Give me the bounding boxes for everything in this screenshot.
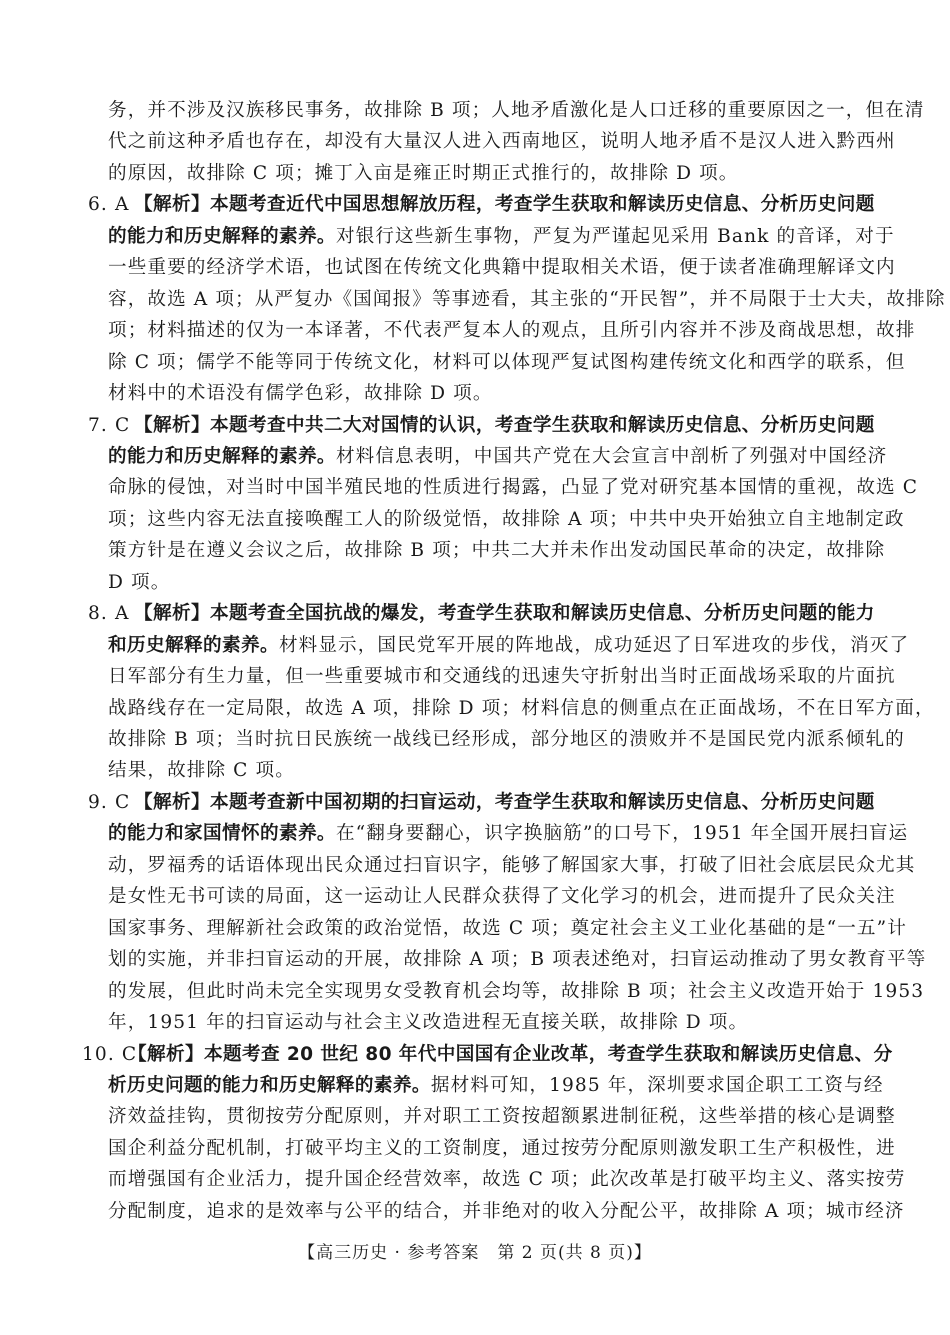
text-line: 项；材料描述的仅为一本译著，不代表严复本人的观点，且所引内容并不涉及商战思想，故… [108,316,915,346]
analysis-heading: 的能力和家国情怀的素养。 [108,823,336,844]
body-text: 容，故选 A 项；从严复办《国闻报》等事迹看，其主张的“开民智”，并不局限于士大… [108,289,950,310]
answer-number: 6. A [88,190,134,220]
text-line: 济效益挂钩，贯彻按劳分配原则，并对职工工资按超额累进制征税，这些举措的核心是调整 [108,1102,896,1132]
answer-number: 9. C [88,788,134,818]
body-text: 而增强国有企业活力，提升国企经营效率，故选 C 项；此次改革是打破平均主义、落实… [108,1169,905,1190]
body-text: 材料显示，国民党军开展的阵地战，成功延迟了日军进攻的步伐，消灭了 [279,635,909,656]
body-text: 年，1951 年的扫盲运动与社会主义改造进程无直接关联，故排除 D 项。 [108,1012,748,1033]
text-line: 策方针是在遵义会议之后，故排除 B 项；中共二大并未作出发动国民革命的决定，故排… [108,536,885,566]
text-line: 日军部分有生力量，但一些重要城市和交通线的迅速失守折射出当时正面战场采取的片面抗 [108,662,896,692]
text-line: 是女性无书可读的局面，这一运动让人民群众获得了文化学习的机会，进而提升了民众关注 [108,882,896,912]
answer-number: 8. A [88,599,134,629]
body-text: 动，罗福秀的话语体现出民众通过扫盲识字，能够了解国家大事，打破了旧社会底层民众尤… [108,855,915,876]
body-text: 材料中的术语没有儒学色彩，故排除 D 项。 [108,383,493,404]
answer-item-header: 6. A【解析】本题考查近代中国思想解放历程，考查学生获取和解读历史信息、分析历… [88,190,875,220]
analysis-heading: 【解析】本题考查全国抗战的爆发，考查学生获取和解读历史信息、分析历史问题的能力 [134,603,875,624]
analysis-heading: 析历史问题的能力和历史解释的素养。 [108,1075,431,1096]
text-line: 故排除 B 项；当时抗日民族统一战线已经形成，部分地区的溃败并不是国民党内派系倾… [108,725,905,755]
analysis-heading: 【解析】本题考查新中国初期的扫盲运动，考查学生获取和解读历史信息、分析历史问题 [134,792,875,813]
answer-number: 10. C [82,1040,128,1070]
text-line: 国企利益分配机制，打破平均主义的工资制度，通过按劳分配原则激发职工生产积极性，进 [108,1134,896,1164]
body-text: 项；材料描述的仅为一本译著，不代表严复本人的观点，且所引内容并不涉及商战思想，故… [108,320,915,341]
text-line: 战路线存在一定局限，故选 A 项，排除 D 项；材料信息的侧重点在正面战场，不在… [108,694,935,724]
analysis-heading: 的能力和历史解释的素养。 [108,446,336,467]
text-line: 的原因，故排除 C 项；摊丁入亩是雍正时期正式推行的，故排除 D 项。 [108,159,739,189]
text-line: 命脉的侵蚀，对当时中国半殖民地的性质进行揭露，凸显了党对研究基本国情的重视，故选… [108,473,918,503]
body-text: 国家事务、理解新社会政策的政治觉悟，故选 C 项；奠定社会主义工业化基础的是“一… [108,918,907,939]
body-text: D 项。 [108,572,170,593]
body-text: 命脉的侵蚀，对当时中国半殖民地的性质进行揭露，凸显了党对研究基本国情的重视，故选… [108,477,918,498]
text-line: 年，1951 年的扫盲运动与社会主义改造进程无直接关联，故排除 D 项。 [108,1008,748,1038]
answer-number: 7. C [88,411,134,441]
body-text: 战路线存在一定局限，故选 A 项，排除 D 项；材料信息的侧重点在正面战场，不在… [108,698,935,719]
body-text: 策方针是在遵义会议之后，故排除 B 项；中共二大并未作出发动国民革命的决定，故排… [108,540,885,561]
body-text: 项；这些内容无法直接唤醒工人的阶级觉悟，故排除 A 项；中共中央开始独立自主地制… [108,509,905,530]
text-line: 国家事务、理解新社会政策的政治觉悟，故选 C 项；奠定社会主义工业化基础的是“一… [108,914,907,944]
text-line: 的能力和历史解释的素养。材料信息表明，中国共产党在大会宣言中剖析了列强对中国经济 [108,442,887,472]
analysis-heading: 【解析】本题考查中共二大对国情的认识，考查学生获取和解读历史信息、分析历史问题 [134,415,875,436]
page-footer: 【高三历史 · 参考答案 第 2 页(共 8 页)】 [0,1238,950,1263]
answer-item-header: 7. C【解析】本题考查中共二大对国情的认识，考查学生获取和解读历史信息、分析历… [88,411,875,441]
text-line: 划的实施，并非扫盲运动的开展，故排除 A 项；B 项表述绝对，扫盲运动推动了男女… [108,945,926,975]
analysis-heading: 和历史解释的素养。 [108,635,279,656]
text-line: 除 C 项；儒学不能等同于传统文化，材料可以体现严复试图构建传统文化和西学的联系… [108,348,905,378]
text-line: 析历史问题的能力和历史解释的素养。据材料可知，1985 年，深圳要求国企职工工资… [108,1071,884,1101]
text-line: 而增强国有企业活力，提升国企经营效率，故选 C 项；此次改革是打破平均主义、落实… [108,1165,905,1195]
body-text: 结果，故排除 C 项。 [108,760,295,781]
text-line: 材料中的术语没有儒学色彩，故排除 D 项。 [108,379,493,409]
body-text: 日军部分有生力量，但一些重要城市和交通线的迅速失守折射出当时正面战场采取的片面抗 [108,666,896,687]
text-line: 容，故选 A 项；从严复办《国闻报》等事迹看，其主张的“开民智”，并不局限于士大… [108,285,950,315]
text-line: D 项。 [108,568,170,598]
body-text: 除 C 项；儒学不能等同于传统文化，材料可以体现严复试图构建传统文化和西学的联系… [108,352,905,373]
body-text: 对银行这些新生事物，严复为严谨起见采用 Bank 的音译，对于 [336,226,895,247]
text-line: 的能力和家国情怀的素养。在“翻身要翻心，识字换脑筋”的口号下，1951 年全国开… [108,819,908,849]
body-text: 材料信息表明，中国共产党在大会宣言中剖析了列强对中国经济 [336,446,887,467]
body-text: 是女性无书可读的局面，这一运动让人民群众获得了文化学习的机会，进而提升了民众关注 [108,886,896,907]
text-line: 结果，故排除 C 项。 [108,756,295,786]
body-text: 分配制度，追求的是效率与公平的结合，并非绝对的收入分配公平，故排除 A 项；城市… [108,1201,905,1222]
text-line: 的发展，但此时尚未完全实现男女受教育机会均等，故排除 B 项；社会主义改造开始于… [108,977,924,1007]
body-text: 一些重要的经济学术语，也试图在传统文化典籍中提取相关术语，便于读者准确理解译文内 [108,257,896,278]
body-text: 国企利益分配机制，打破平均主义的工资制度，通过按劳分配原则激发职工生产积极性，进 [108,1138,896,1159]
answer-item-header: 8. A【解析】本题考查全国抗战的爆发，考查学生获取和解读历史信息、分析历史问题… [88,599,875,629]
text-line: 分配制度，追求的是效率与公平的结合，并非绝对的收入分配公平，故排除 A 项；城市… [108,1197,905,1227]
body-text: 的发展，但此时尚未完全实现男女受教育机会均等，故排除 B 项；社会主义改造开始于… [108,981,924,1002]
text-line: 一些重要的经济学术语，也试图在传统文化典籍中提取相关术语，便于读者准确理解译文内 [108,253,896,283]
body-text: 在“翻身要翻心，识字换脑筋”的口号下，1951 年全国开展扫盲运 [336,823,908,844]
text-line: 代之前这种矛盾也存在，却没有大量汉人进入西南地区，说明人地矛盾不是汉人进入黔西州 [108,127,896,157]
text-line: 和历史解释的素养。材料显示，国民党军开展的阵地战，成功延迟了日军进攻的步伐，消灭… [108,631,909,661]
body-text: 务，并不涉及汉族移民事务，故排除 B 项；人地矛盾激化是人口迁移的重要原因之一，… [108,100,925,121]
body-text: 代之前这种矛盾也存在，却没有大量汉人进入西南地区，说明人地矛盾不是汉人进入黔西州 [108,131,896,152]
answer-item-header: 10. C【解析】本题考查 20 世纪 80 年代中国国有企业改革，考查学生获取… [88,1040,893,1070]
analysis-heading: 【解析】本题考查近代中国思想解放历程，考查学生获取和解读历史信息、分析历史问题 [134,194,875,215]
text-line: 动，罗福秀的话语体现出民众通过扫盲识字，能够了解国家大事，打破了旧社会底层民众尤… [108,851,915,881]
body-text: 故排除 B 项；当时抗日民族统一战线已经形成，部分地区的溃败并不是国民党内派系倾… [108,729,905,750]
body-text: 划的实施，并非扫盲运动的开展，故排除 A 项；B 项表述绝对，扫盲运动推动了男女… [108,949,926,970]
analysis-heading: 【解析】本题考查 20 世纪 80 年代中国国有企业改革，考查学生获取和解读历史… [128,1044,893,1065]
body-text: 的原因，故排除 C 项；摊丁入亩是雍正时期正式推行的，故排除 D 项。 [108,163,739,184]
body-text: 据材料可知，1985 年，深圳要求国企职工工资与经 [431,1075,884,1096]
analysis-heading: 的能力和历史解释的素养。 [108,226,336,247]
answer-item-header: 9. C【解析】本题考查新中国初期的扫盲运动，考查学生获取和解读历史信息、分析历… [88,788,875,818]
text-line: 的能力和历史解释的素养。对银行这些新生事物，严复为严谨起见采用 Bank 的音译… [108,222,895,252]
text-line: 项；这些内容无法直接唤醒工人的阶级觉悟，故排除 A 项；中共中央开始独立自主地制… [108,505,905,535]
body-text: 济效益挂钩，贯彻按劳分配原则，并对职工工资按超额累进制征税，这些举措的核心是调整 [108,1106,896,1127]
text-line: 务，并不涉及汉族移民事务，故排除 B 项；人地矛盾激化是人口迁移的重要原因之一，… [108,96,925,126]
